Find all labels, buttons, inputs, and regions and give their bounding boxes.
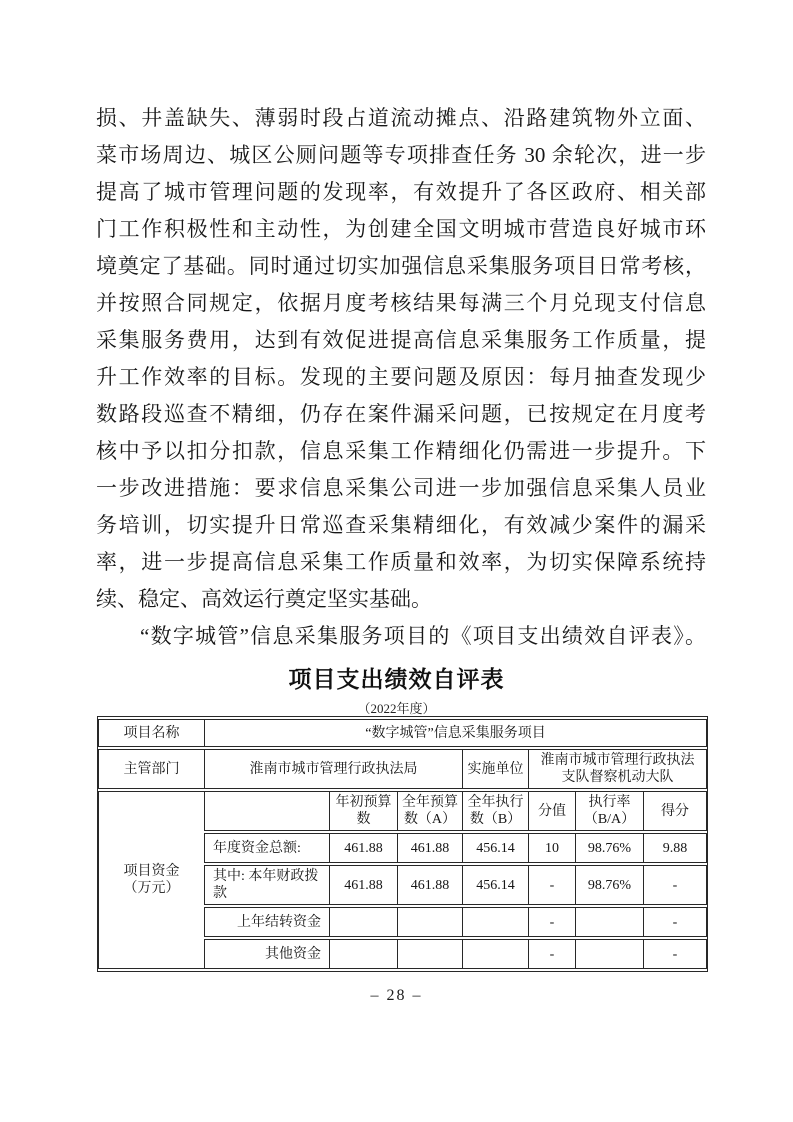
- table-row: 项目名称 “数字城管”信息采集服务项目: [98, 719, 707, 747]
- value-cell: -: [643, 865, 707, 905]
- body-paragraph: 损、井盖缺失、薄弱时段占道流动摊点、沿路建筑物外立面、 菜市场周边、城区公厕问题…: [96, 100, 706, 655]
- body-line: 升工作效率的目标。发现的主要问题及原因：每月抽查发现少: [96, 359, 706, 396]
- impl-unit-value-cell: 淮南市城市管理行政执法 支队督察机动大队: [528, 749, 707, 789]
- body-line: 续、稳定、高效运行奠定坚实基础。: [96, 581, 706, 618]
- project-name-label-cell: 项目名称: [98, 719, 204, 747]
- body-line: 门工作积极性和主动性，为创建全国文明城市营造良好城市环: [96, 211, 706, 248]
- value-cell: 456.14: [462, 833, 528, 863]
- body-line: 务培训，切实提升日常巡查采集精细化，有效减少案件的漏采: [96, 507, 706, 544]
- impl-unit-label-cell: 实施单位: [462, 749, 528, 789]
- body-line: 损、井盖缺失、薄弱时段占道流动摊点、沿路建筑物外立面、: [96, 100, 706, 137]
- performance-self-eval-table: 项目名称 “数字城管”信息采集服务项目 主管部门 淮南市城市管理行政执法局 实施…: [97, 716, 708, 972]
- value-cell: -: [528, 865, 575, 905]
- body-line: 菜市场周边、城区公厕问题等专项排查任务 30 余轮次，进一步: [96, 137, 706, 174]
- header-exec-rate: 执行率 （B/A）: [575, 791, 643, 831]
- value-cell: -: [528, 939, 575, 969]
- dept-value-cell: 淮南市城市管理行政执法局: [204, 749, 462, 789]
- header-annual-exec: 全年执行 数（B）: [462, 791, 528, 831]
- value-cell: 456.14: [462, 865, 528, 905]
- body-line: “数字城管”信息采集服务项目的《项目支出绩效自评表》。: [96, 618, 706, 655]
- value-cell: 461.88: [329, 833, 397, 863]
- value-cell: [575, 939, 643, 969]
- value-cell: [329, 907, 397, 937]
- table-title: 项目支出绩效自评表: [0, 661, 793, 694]
- body-line: 率，进一步提高信息采集工作质量和效率，为切实保障系统持: [96, 544, 706, 581]
- body-line: 境奠定了基础。同时通过切实加强信息采集服务项目日常考核，: [96, 248, 706, 285]
- page-number: – 28 –: [0, 987, 793, 1005]
- body-line: 并按照合同规定，依据月度考核结果每满三个月兑现支付信息: [96, 285, 706, 322]
- value-cell: 461.88: [329, 865, 397, 905]
- value-cell: 10: [528, 833, 575, 863]
- value-cell: -: [643, 907, 707, 937]
- table-row: 主管部门 淮南市城市管理行政执法局 实施单位 淮南市城市管理行政执法 支队督察机…: [98, 749, 707, 789]
- row-label-cell: 年度资金总额:: [204, 833, 329, 863]
- value-cell: [462, 939, 528, 969]
- value-cell: 9.88: [643, 833, 707, 863]
- header-annual-budget: 全年预算 数（A）: [397, 791, 462, 831]
- empty-header-cell: [204, 791, 329, 831]
- table-subtitle: （2022年度）: [0, 698, 793, 717]
- value-cell: [397, 939, 462, 969]
- row-label-cell: 上年结转资金: [204, 907, 329, 937]
- value-cell: 98.76%: [575, 865, 643, 905]
- body-line: 采集服务费用，达到有效促进提高信息采集服务工作质量，提: [96, 322, 706, 359]
- value-cell: -: [528, 907, 575, 937]
- body-line: 核中予以扣分扣款，信息采集工作精细化仍需进一步提升。下: [96, 433, 706, 470]
- row-label-cell: 其中: 本年财政拨款: [204, 865, 329, 905]
- value-cell: -: [643, 939, 707, 969]
- body-line: 一步改进措施：要求信息采集公司进一步加强信息采集人员业: [96, 470, 706, 507]
- header-score-weight: 分值: [528, 791, 575, 831]
- project-name-value-cell: “数字城管”信息采集服务项目: [204, 719, 707, 747]
- value-cell: [575, 907, 643, 937]
- header-initial-budget: 年初预算 数: [329, 791, 397, 831]
- value-cell: 461.88: [397, 865, 462, 905]
- document-page: 损、井盖缺失、薄弱时段占道流动摊点、沿路建筑物外立面、 菜市场周边、城区公厕问题…: [0, 0, 793, 1122]
- row-label-cell: 其他资金: [204, 939, 329, 969]
- header-score: 得分: [643, 791, 707, 831]
- value-cell: 461.88: [397, 833, 462, 863]
- value-cell: [329, 939, 397, 969]
- body-line: 提高了城市管理问题的发现率，有效提升了各区政府、相关部: [96, 174, 706, 211]
- value-cell: [397, 907, 462, 937]
- fund-group-cell: 项目资金 （万元）: [98, 791, 204, 969]
- dept-label-cell: 主管部门: [98, 749, 204, 789]
- value-cell: [462, 907, 528, 937]
- body-line: 数路段巡查不精细，仍存在案件漏采问题，已按规定在月度考: [96, 396, 706, 433]
- table-header-row: 项目资金 （万元） 年初预算 数 全年预算 数（A） 全年执行 数（B） 分值 …: [98, 791, 707, 831]
- value-cell: 98.76%: [575, 833, 643, 863]
